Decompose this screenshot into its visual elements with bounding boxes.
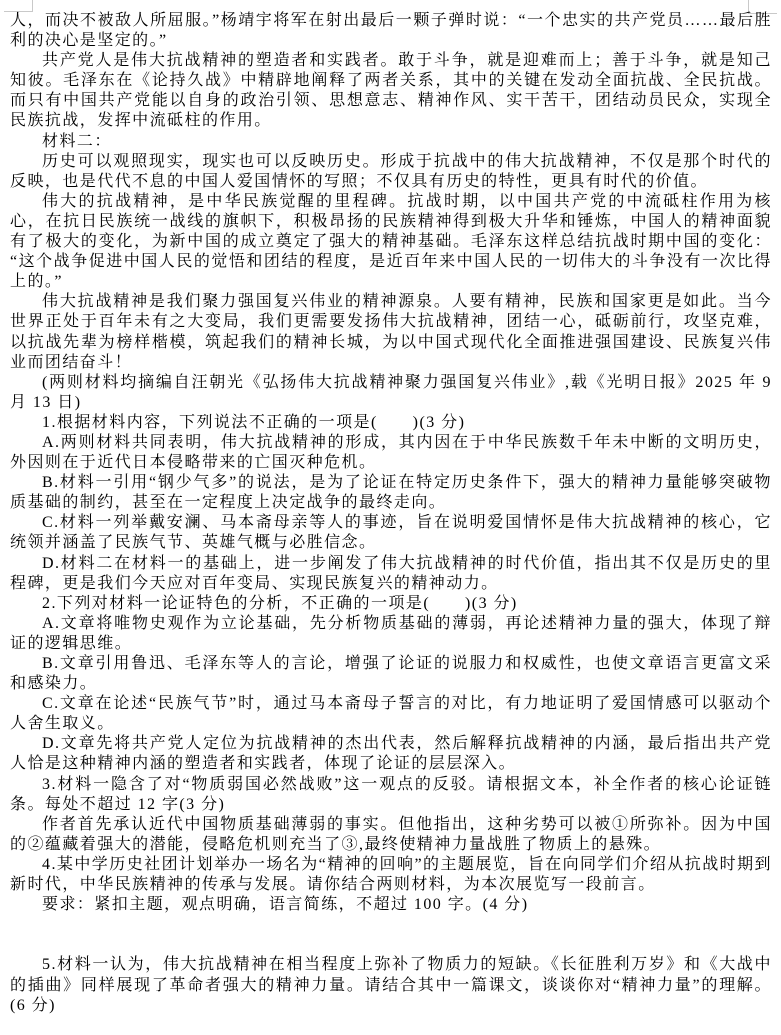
question-1-option-d: D.材料二在材料一的基础上，进一步阐发了伟大抗战精神的时代价值，指出其不仅是历史…	[10, 554, 772, 594]
question-1-option-c: C.材料一列举戴安澜、马本斋母亲等人的事迹，旨在说明爱国情怀是伟大抗战精神的核心…	[10, 513, 772, 553]
question-4-requirements: 要求：紧扣主题，观点明确，语言简练，不超过 100 字。(4 分)	[10, 895, 772, 915]
question-4: 4.某中学历史社团计划举办一场名为“精神的回响”的主题展览，旨在向同学们介绍从抗…	[10, 855, 772, 895]
document-body: 人，而决不被敌人所屈服。”杨靖宇将军在射出最后一颗子弹时说：“一个忠实的共产党员…	[10, 11, 772, 1016]
document-page: { "page": { "kind": "chinese-exam-readin…	[0, 0, 781, 1035]
material-2-para-3: 伟大抗战精神是我们聚力强国复兴伟业的精神源泉。人要有精神，民族和国家更是如此。当…	[10, 292, 772, 372]
question-2-option-c: C.文章在论述“民族气节”时，通过马本斋母子誓言的对比，有力地证明了爱国情感可以…	[10, 694, 772, 734]
question-5: 5.材料一认为，伟大抗战精神在相当程度上弥补了物质力的短缺。《长征胜利万岁》和《…	[10, 955, 772, 1015]
question-2-option-a: A.文章将唯物史观作为立论基础，先分析物质基础的薄弱，再论述精神力量的强大，体现…	[10, 614, 772, 654]
source-note: (两则材料均摘编自汪朝光《弘扬伟大抗战精神聚力强国复兴伟业》,载《光明日报》20…	[10, 373, 772, 413]
question-2-option-b: B.文章引用鲁迅、毛泽东等人的言论，增强了论证的说服力和权威性，也使文章语言更富…	[10, 654, 772, 694]
question-1-option-a: A.两则材料共同表明，伟大抗战精神的形成，其内因在于中华民族数千年未中断的文明历…	[10, 433, 772, 473]
question-1-option-b: B.材料一引用“钢少气多”的说法，是为了论证在特定历史条件下，强大的精神力量能够…	[10, 473, 772, 513]
material-1-para-continued: 人，而决不被敌人所屈服。”杨靖宇将军在射出最后一颗子弹时说：“一个忠实的共产党员…	[10, 11, 772, 51]
question-2-option-d: D.文章先将共产党人定位为抗战精神的杰出代表，然后解释抗战精神的内涵，最后指出共…	[10, 734, 772, 774]
question-1: 1.根据材料内容，下列说法不正确的一项是( )(3 分)	[10, 413, 772, 433]
question-3: 3.材料一隐含了对“物质弱国必然战败”这一观点的反驳。请根据文本，补全作者的核心…	[10, 775, 772, 815]
material-2-para-1: 历史可以观照现实，现实也可以反映历史。形成于抗战中的伟大抗战精神，不仅是那个时代…	[10, 152, 772, 192]
material-1-para-communists: 共产党人是伟大抗战精神的塑造者和实践者。敢于斗争，就是迎难而上；善于斗争，就是知…	[10, 51, 772, 131]
question-2: 2.下列对材料一论证特色的分析，不正确的一项是( )(3 分)	[10, 594, 772, 614]
material-2-heading: 材料二：	[10, 132, 772, 152]
question-3-argument-chain: 作者首先承认近代中国物质基础薄弱的事实。但他指出，这种劣势可以被①所弥补。因为中…	[10, 815, 772, 855]
material-2-para-2: 伟大的抗战精神，是中华民族觉醒的里程碑。抗战时期，以中国共产党的中流砥柱作用为核…	[10, 192, 772, 292]
